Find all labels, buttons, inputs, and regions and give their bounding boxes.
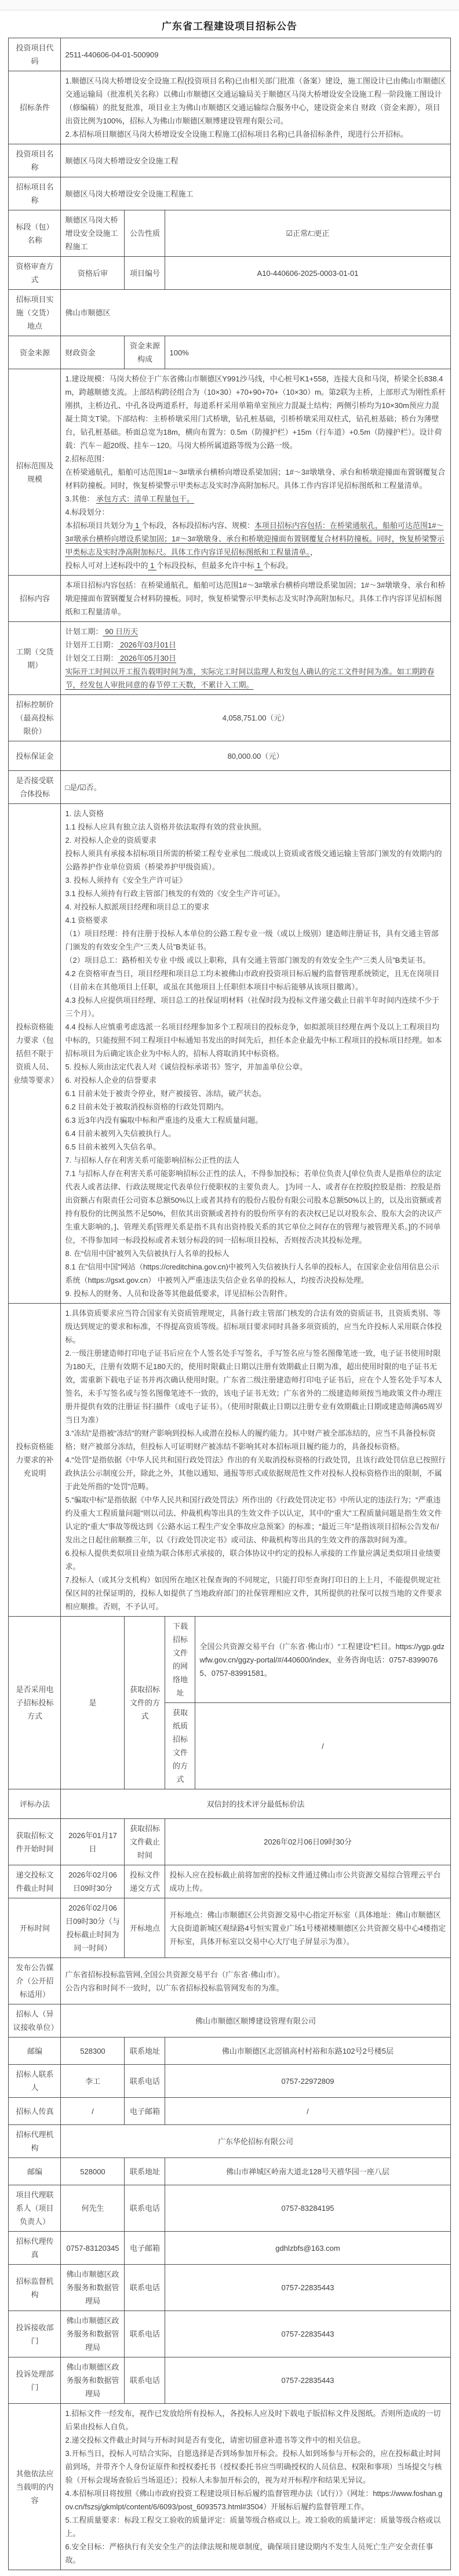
- tender-content-label: 招标内容: [9, 576, 61, 622]
- bid-opening-time-value: 2026年02月06日09时30分（与投标截止时间为同一时间）: [61, 1898, 125, 1958]
- tender-project-name-value: 顺德区马岗大桥增设安全设施工程施工: [61, 177, 450, 210]
- row-tender-content: 招标内容 本项目招标内容包括：在桥梁通航孔，船舶可达范围1#～3#墩承台横桥向增…: [9, 576, 450, 622]
- row-other-required-content: 其他依法应当载明的内容 1.招标文件一经发布，视作已发放给所有投标人，各投标人应…: [9, 2404, 450, 2570]
- complaint-receiving-value: 佛山市顺德区政务服务和数据管理局: [61, 2311, 125, 2357]
- row-supervision-agency: 招标监督机构 佛山市顺德区政务服务和数据管理局 联系电话 0757-228354…: [9, 2265, 450, 2311]
- section-name-value: 顺德区马岗大桥增设安全设施工程施工: [61, 210, 125, 257]
- complaint-receiving-phone-value: 0757-22835443: [165, 2311, 450, 2357]
- bidder-capability-value: 1. 法人资格 1.1 投标人应具有独立法人资格并依法取得有效的营业执照。 2.…: [61, 804, 450, 1304]
- row-tenderer: 招标人（异议接收单位） 佛山市顺德区顺博建设管理有限公司: [9, 2004, 450, 2037]
- tenderer-email-value: /: [165, 2098, 450, 2125]
- duration-segment-underlined: 2026年05月30日: [118, 654, 176, 663]
- scope-segment-underlined: 1: [148, 561, 156, 570]
- scope-segment-underlined: 1: [254, 561, 263, 570]
- agency-address-label: 联系地址: [125, 2158, 165, 2185]
- row-investment-code: 投资项目代码 2511-440606-04-01-500909: [9, 38, 450, 71]
- duration-segment-underlined: 90 日历天: [103, 627, 139, 636]
- tender-scope-value: 1.建设规模：马岗大桥位于广东省佛山市顺德区Y991沙马线，中心桩号K1+558…: [61, 369, 450, 576]
- tender-project-name-label: 招标项目名称: [9, 177, 61, 210]
- complaint-handling-label: 投诉处理部门: [9, 2357, 61, 2404]
- bidder-capability-label: 投标资格能力要求（包括但不限于资质人员、业绩等要求）: [9, 804, 61, 1304]
- scope-segment: 个标段。: [263, 561, 293, 570]
- bid-deposit-value: 80,000.00（元）: [61, 741, 450, 771]
- row-submission-deadline: 递交投标文件截止时间 2026年02月06日09时30分 投标文件递交方式 投标…: [9, 1865, 450, 1898]
- complaint-handling-phone-value: 0757-22835443: [165, 2357, 450, 2404]
- tenderer-phone-value: 0757-22972809: [165, 2065, 450, 2098]
- scope-segment-underlined: 1: [133, 521, 141, 530]
- funding-composition-label: 资金来源构成: [125, 336, 165, 369]
- delivery-location-label: 招标项目实施（交货）地点: [9, 290, 61, 336]
- supervision-agency-value: 佛山市顺德区政务服务和数据管理局: [61, 2265, 125, 2311]
- row-agency: 招标代理机构 广东华伦招标有限公司: [9, 2125, 450, 2158]
- obtain-start-label: 获取招标文件开始时间: [9, 1819, 61, 1865]
- tenderer-postcode-label: 邮编: [9, 2037, 61, 2065]
- row-qualification-review: 资格审查方式 资格后审 项目编号 A10-440606-2025-0003-01…: [9, 257, 450, 290]
- evaluation-method-value: 双信封的技术评分最低标价法: [61, 1789, 450, 1819]
- tenderer-fax-label: 招标人传真: [9, 2098, 61, 2125]
- bid-opening-place-value: 开标地点：佛山市顺德区公共资源交易中心指定开标室（具体地址：佛山市顺德区大良街道…: [165, 1898, 450, 1958]
- joint-venture-value: □是/☑否。: [61, 771, 450, 804]
- price-ceiling-label: 招标控制价（最高投标限价）: [9, 695, 61, 741]
- evaluation-method-label: 评标办法: [9, 1789, 61, 1819]
- tender-conditions-label: 招标条件: [9, 71, 61, 144]
- capability-supplement-label: 投标资格能力要求的补充说明: [9, 1304, 61, 1617]
- row-price-ceiling: 招标控制价（最高投标限价） 4,058,751.00（元）: [9, 695, 450, 741]
- row-tenderer-contact: 招标人联系人 李工 联系电话 0757-22972809: [9, 2065, 450, 2098]
- investment-code-label: 投资项目代码: [9, 38, 61, 71]
- notice-nature-value: ☑正常/□更正: [165, 210, 450, 257]
- notice-nature-label: 公告性质: [125, 210, 165, 257]
- funding-source-value: 财政资金: [61, 336, 125, 369]
- scope-segment: 个标段，各标段招标内容、规模：: [141, 521, 254, 530]
- tender-conditions-value: 1.顺德区马岗大桥增设安全设施工程(投资项目名称)已由相关部门批准（备案）建设，…: [61, 71, 450, 144]
- scope-segment: 4.标段划分： 本招标项目共划分为: [65, 508, 133, 530]
- tenderer-fax-value: /: [61, 2098, 125, 2125]
- agency-postcode-label: 邮编: [9, 2158, 61, 2185]
- tenderer-email-label: 电子邮箱: [125, 2098, 165, 2125]
- row-joint-venture: 是否接受联合体投标 □是/☑否。: [9, 771, 450, 804]
- qualification-review-label: 资格审查方式: [9, 257, 61, 290]
- tenderer-value: 佛山市顺德区顺博建设管理有限公司: [61, 2004, 450, 2037]
- duration-segment: 计划交工日期：: [65, 654, 118, 663]
- complaint-handling-value: 佛山市顺德区政务服务和数据管理局: [61, 2357, 125, 2404]
- download-address-label: 下载招标文件的网络地址: [165, 1617, 195, 1703]
- row-obtain-time: 获取招标文件开始时间 2026年01月17日 获取招标文件截止时间 2026年0…: [9, 1819, 450, 1865]
- download-address-value: 全国公共资源交易平台（广东省·佛山市）“工程建设”栏目。https://ygp.…: [195, 1617, 450, 1703]
- row-agent-contact: 项目代理联系人（项目负责人） 何先生 联系电话 0757-83284195: [9, 2185, 450, 2232]
- project-number-value: A10-440606-2025-0003-01-01: [165, 257, 450, 290]
- price-ceiling-value: 4,058,751.00（元）: [61, 695, 450, 741]
- announcement-media-value: 广东省招标投标监管网,全国公共资源交易平台（广东省·佛山市）。 公告内容和时间不…: [61, 1958, 450, 2004]
- electronic-bidding-label: 是否采用电子招标投标方式: [9, 1617, 61, 1789]
- agent-contact-value: 何先生: [61, 2185, 125, 2232]
- agent-email-label: 电子邮箱: [125, 2232, 165, 2265]
- row-tenderer-fax: 招标人传真 / 电子邮箱 /: [9, 2098, 450, 2125]
- submission-deadline-label: 递交投标文件截止时间: [9, 1865, 61, 1898]
- scope-segment: 个标段投标，但最多允许中标: [156, 561, 254, 570]
- qualification-review-value: 资格后审: [61, 257, 125, 290]
- row-tenderer-postcode: 邮编 528300 联系地址 佛山市顺德区北滘镇高村村裕和东路102号2号楼5层: [9, 2037, 450, 2065]
- other-required-content-label: 其他依法应当载明的内容: [9, 2404, 61, 2570]
- row-complaint-receiving: 投诉接收部门 佛山市顺德区政务服务和数据管理局 联系电话 0757-228354…: [9, 2311, 450, 2357]
- funding-source-label: 资金来源: [9, 336, 61, 369]
- tender-content-value: 本项目招标内容包括：在桥梁通航孔，船舶可达范围1#～3#墩承台横桥向增设系梁加固…: [61, 576, 450, 622]
- document-obtain-method-label: 获取招标文件的方式: [125, 1617, 165, 1789]
- announcement-media-label: 发布公告媒介（公开招标适用）: [9, 1958, 61, 2004]
- bid-deposit-label: 投标保证金: [9, 741, 61, 771]
- joint-venture-label: 是否接受联合体投标: [9, 771, 61, 804]
- agent-fax-value: 0757-83120345: [61, 2232, 125, 2265]
- delivery-location-value: 佛山市顺德区: [61, 290, 450, 336]
- row-evaluation-method: 评标办法 双信封的技术评分最低标价法: [9, 1789, 450, 1819]
- section-name-label: 标段（包）名称: [9, 210, 61, 257]
- complaint-receiving-label: 投诉接收部门: [9, 2311, 61, 2357]
- row-section-name: 标段（包）名称 顺德区马岗大桥增设安全设施工程施工 公告性质 ☑正常/□更正: [9, 210, 450, 257]
- other-required-content-value: 1.招标文件一经发布，视作已发放给所有投标人，各投标人应及时下载电子版招标文件及…: [61, 2404, 450, 2570]
- duration-segment: 计划开工日期：: [65, 641, 118, 649]
- supervision-phone-label: 联系电话: [125, 2265, 165, 2311]
- row-tender-conditions: 招标条件 1.顺德区马岗大桥增设安全设施工程(投资项目名称)已由相关部门批准（备…: [9, 71, 450, 144]
- funding-composition-value: 100%: [165, 336, 450, 369]
- scope-segment: 1.建设规模：马岗大桥位于广东省佛山市顺德区Y991沙马线，中心桩号K1+558…: [65, 374, 446, 503]
- investment-code-value: 2511-440606-04-01-500909: [61, 38, 450, 71]
- paper-document-value: /: [195, 1703, 450, 1789]
- capability-supplement-value: 1.具体资质要求应当符合国家有关资质管理规定，具备行政主管部门核发的合法有效的资…: [61, 1304, 450, 1617]
- row-bid-deposit: 投标保证金 80,000.00（元）: [9, 741, 450, 771]
- page-title: 广东省工程建设项目招标公告: [0, 18, 459, 32]
- row-complaint-handling: 投诉处理部门 佛山市顺德区政务服务和数据管理局 联系电话 0757-228354…: [9, 2357, 450, 2404]
- duration-value: 计划工期： 90 日历天 计划开工日期： 2026年03月01日 计划交工日期：…: [61, 622, 450, 695]
- row-funding-source: 资金来源 财政资金 资金来源构成 100%: [9, 336, 450, 369]
- tenderer-contact-label: 招标人联系人: [9, 2065, 61, 2098]
- row-duration: 工期（交货期） 计划工期： 90 日历天 计划开工日期： 2026年03月01日…: [9, 622, 450, 695]
- scope-segment-underlined: 承包方式：清单工程量包干。: [96, 494, 194, 503]
- duration-segment-underlined: 实际开工时间以开工报告载明时间为准，实际完工时间以监理人和发包人确认的完工文件时…: [65, 667, 434, 689]
- supervision-agency-label: 招标监督机构: [9, 2265, 61, 2311]
- row-electronic-bidding: 是否采用电子招标投标方式 是 获取招标文件的方式 下载招标文件的网络地址 全国公…: [9, 1617, 450, 1703]
- agent-phone-value: 0757-83284195: [165, 2185, 450, 2232]
- row-tender-scope: 招标范围及规模 1.建设规模：马岗大桥位于广东省佛山市顺德区Y991沙马线，中心…: [9, 369, 450, 576]
- obtain-deadline-value: 2026年02月06日09时30分: [165, 1819, 450, 1865]
- bid-opening-time-label: 开标时间: [9, 1898, 61, 1958]
- complaint-handling-phone-label: 联系电话: [125, 2357, 165, 2404]
- submission-method-label: 投标文件递交方式: [125, 1865, 165, 1898]
- bid-opening-place-label: 开标地点: [125, 1898, 165, 1958]
- duration-segment-underlined: 2026年03月01日: [118, 641, 176, 649]
- tender-announcement-table: 投资项目代码 2511-440606-04-01-500909 招标条件 1.顺…: [8, 38, 450, 2570]
- agency-label: 招标代理机构: [9, 2125, 61, 2158]
- page-top-divider: [0, 0, 459, 10]
- agent-phone-label: 联系电话: [125, 2185, 165, 2232]
- submission-method-value: 投标人应在投标截止前将加密的投标文件通过佛山市公共资源交易综合管理云平台成功上传…: [165, 1865, 450, 1898]
- tenderer-label: 招标人（异议接收单位）: [9, 2004, 61, 2037]
- electronic-bidding-value: 是: [61, 1617, 125, 1789]
- project-number-label: 项目编号: [125, 257, 165, 290]
- tenderer-postcode-value: 528300: [61, 2037, 125, 2065]
- tenderer-contact-value: 李工: [61, 2065, 125, 2098]
- paper-document-label: 获取纸质招标文件的方式: [165, 1703, 195, 1789]
- row-delivery-location: 招标项目实施（交货）地点 佛山市顺德区: [9, 290, 450, 336]
- obtain-start-value: 2026年01月17日: [61, 1819, 125, 1865]
- investment-project-name-label: 投资项目名称: [9, 144, 61, 177]
- row-bid-opening: 开标时间 2026年02月06日09时30分（与投标截止时间为同一时间） 开标地…: [9, 1898, 450, 1958]
- row-tender-project-name: 招标项目名称 顺德区马岗大桥增设安全设施工程施工: [9, 177, 450, 210]
- agent-email-value: gdhlzbfs@163.com: [165, 2232, 450, 2265]
- row-agency-postcode: 邮编 528000 联系地址 佛山市禅城区岭南大道北128号天禧华园一座八层: [9, 2158, 450, 2185]
- tenderer-address-label: 联系地址: [125, 2037, 165, 2065]
- agent-contact-label: 项目代理联系人（项目负责人）: [9, 2185, 61, 2232]
- tenderer-address-value: 佛山市顺德区北滘镇高村村裕和东路102号2号楼5层: [165, 2037, 450, 2065]
- duration-label: 工期（交货期）: [9, 622, 61, 695]
- tenderer-phone-label: 联系电话: [125, 2065, 165, 2098]
- agent-fax-label: 招标代理传真: [9, 2232, 61, 2265]
- row-capability-supplement: 投标资格能力要求的补充说明 1.具体资质要求应当符合国家有关资质管理规定，具备行…: [9, 1304, 450, 1617]
- complaint-receiving-phone-label: 联系电话: [125, 2311, 165, 2357]
- duration-segment: 计划工期：: [65, 627, 103, 636]
- supervision-phone-value: 0757-22835443: [165, 2265, 450, 2311]
- row-investment-project-name: 投资项目名称 顺德区马岗大桥增设安全设施工程: [9, 144, 450, 177]
- investment-project-name-value: 顺德区马岗大桥增设安全设施工程: [61, 144, 450, 177]
- row-announcement-media: 发布公告媒介（公开招标适用） 广东省招标投标监管网,全国公共资源交易平台（广东省…: [9, 1958, 450, 2004]
- submission-deadline-value: 2026年02月06日09时30分: [61, 1865, 125, 1898]
- agency-postcode-value: 528000: [61, 2158, 125, 2185]
- obtain-deadline-label: 获取招标文件截止时间: [125, 1819, 165, 1865]
- row-bidder-capability: 投标资格能力要求（包括但不限于资质人员、业绩等要求） 1. 法人资格 1.1 投…: [9, 804, 450, 1304]
- agency-value: 广东华伦招标有限公司: [61, 2125, 450, 2158]
- agency-address-value: 佛山市禅城区岭南大道北128号天禧华园一座八层: [165, 2158, 450, 2185]
- tender-scope-label: 招标范围及规模: [9, 369, 61, 576]
- row-agent-fax: 招标代理传真 0757-83120345 电子邮箱 gdhlzbfs@163.c…: [9, 2232, 450, 2265]
